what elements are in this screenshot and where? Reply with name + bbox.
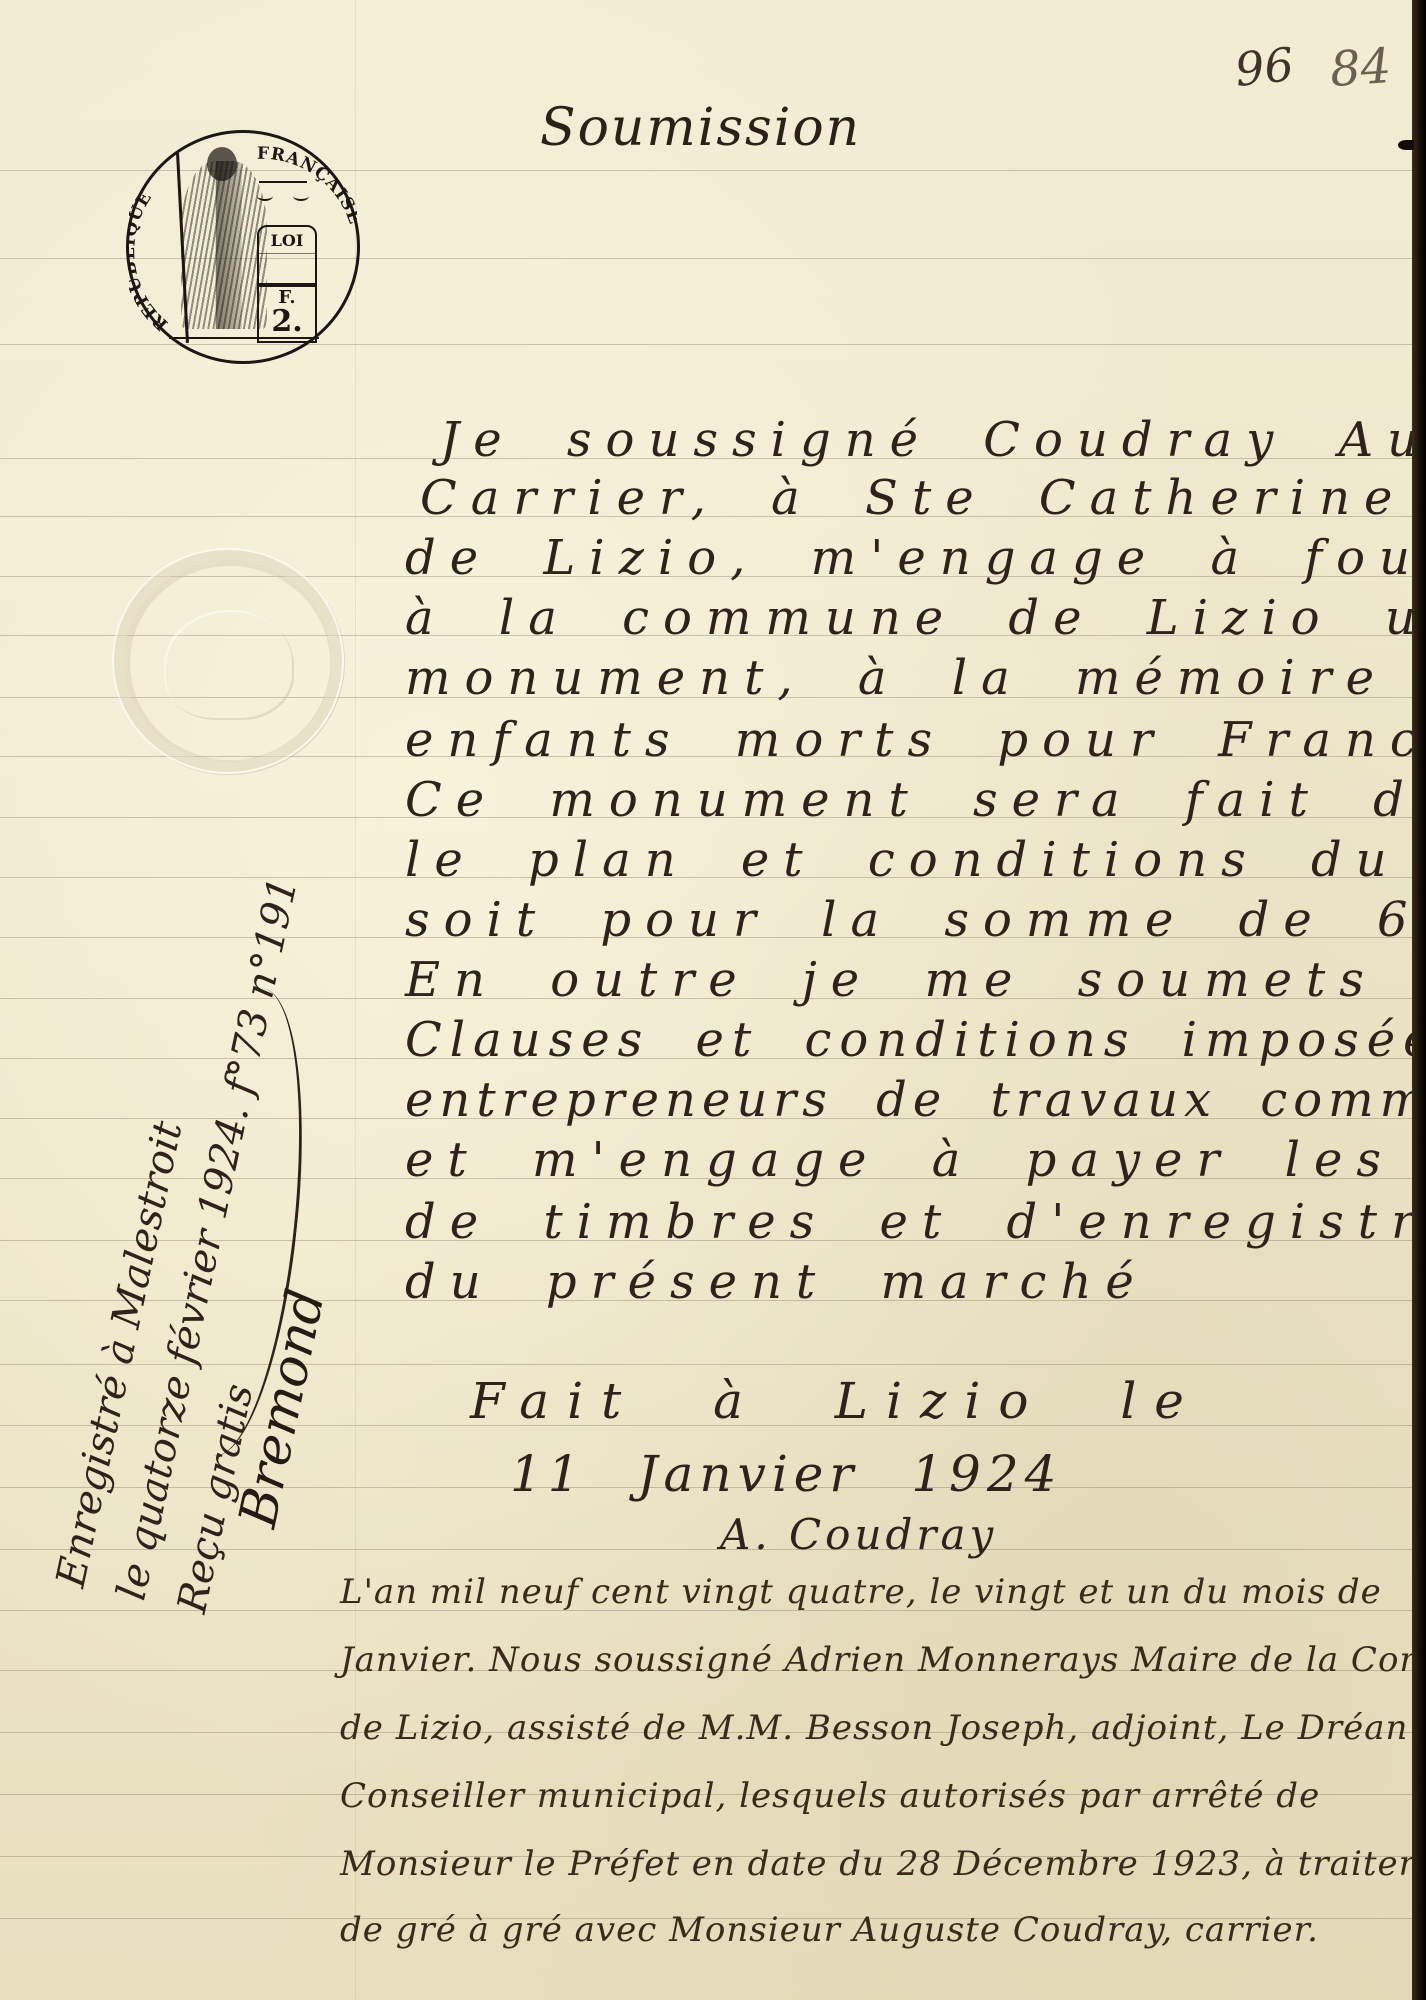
embossed-seal-icon xyxy=(112,548,344,774)
act-line: L'an mil neuf cent vingt quatre, le ving… xyxy=(340,1572,1382,1612)
denomination-value: 2. xyxy=(259,308,315,336)
body-line: de timbres et d'enregistrement xyxy=(405,1194,1426,1250)
body-line: En outre je me soumets aux xyxy=(405,952,1426,1008)
stamp-text-left: REPUBLIQUE xyxy=(129,188,172,334)
body-line: à la commune de Lizio un xyxy=(405,590,1426,646)
stamp-base-line xyxy=(169,337,319,339)
body-line: Je soussigné Coudray Auguste xyxy=(440,412,1426,468)
act-line: de gré à gré avec Monsieur Auguste Coudr… xyxy=(340,1910,1319,1950)
author-signature: A. Coudray xyxy=(720,1510,997,1559)
body-line: du présent marché xyxy=(405,1254,1148,1310)
body-line: le plan et conditions du devis xyxy=(405,832,1426,888)
page-edge xyxy=(1412,0,1426,2000)
document-page: 96 84 Soumission REPUBLIQUE FRANÇAISE LO… xyxy=(0,0,1412,2000)
act-line: de Lizio, assisté de M.M. Besson Joseph,… xyxy=(340,1708,1426,1748)
law-tablet-icon: LOI xyxy=(257,225,317,287)
stamp-denomination: F. 2. xyxy=(257,283,317,343)
body-line: Clauses et conditions imposées aux xyxy=(405,1012,1426,1068)
body-line: entrepreneurs de travaux communaux xyxy=(405,1072,1426,1128)
act-line: Monsieur le Préfet en date du 28 Décembr… xyxy=(340,1844,1416,1884)
registration-note: Enregistré à Malestroit le quatorze févr… xyxy=(40,859,375,1619)
marianne-figure-icon xyxy=(181,161,267,329)
body-line: soit pour la somme de 6700f xyxy=(405,892,1426,948)
body-line: Ce monument sera fait d'après xyxy=(405,772,1426,828)
folio-number: 96 xyxy=(1232,37,1296,97)
body-line: monument, à la mémoire de ses xyxy=(405,650,1426,706)
document-title: Soumission xyxy=(540,98,861,158)
closing-place: Fait à Lizio le xyxy=(470,1372,1202,1430)
revenue-stamp-icon: REPUBLIQUE FRANÇAISE LOI F. 2. xyxy=(126,130,360,364)
act-line: Conseiller municipal, lesquels autorisés… xyxy=(340,1776,1320,1816)
seal-relief xyxy=(164,610,294,720)
body-line: et m'engage à payer les frais xyxy=(405,1132,1426,1188)
tablet-text: LOI xyxy=(259,231,315,250)
marianne-head-icon xyxy=(207,147,237,181)
page-edge-notch xyxy=(1398,140,1414,150)
closing-date: 11 Janvier 1924 xyxy=(510,1445,1062,1503)
svg-text:REPUBLIQUE: REPUBLIQUE xyxy=(129,188,172,334)
act-line: Janvier. Nous soussigné Adrien Monnerays… xyxy=(340,1640,1426,1680)
folio-number-old: 84 xyxy=(1328,38,1393,98)
scales-icon xyxy=(259,181,307,213)
body-line: Carrier, à Ste Catherine commune xyxy=(420,470,1426,526)
body-line: de Lizio, m'engage à fournir xyxy=(405,530,1426,586)
body-line: enfants morts pour France — xyxy=(405,712,1426,768)
